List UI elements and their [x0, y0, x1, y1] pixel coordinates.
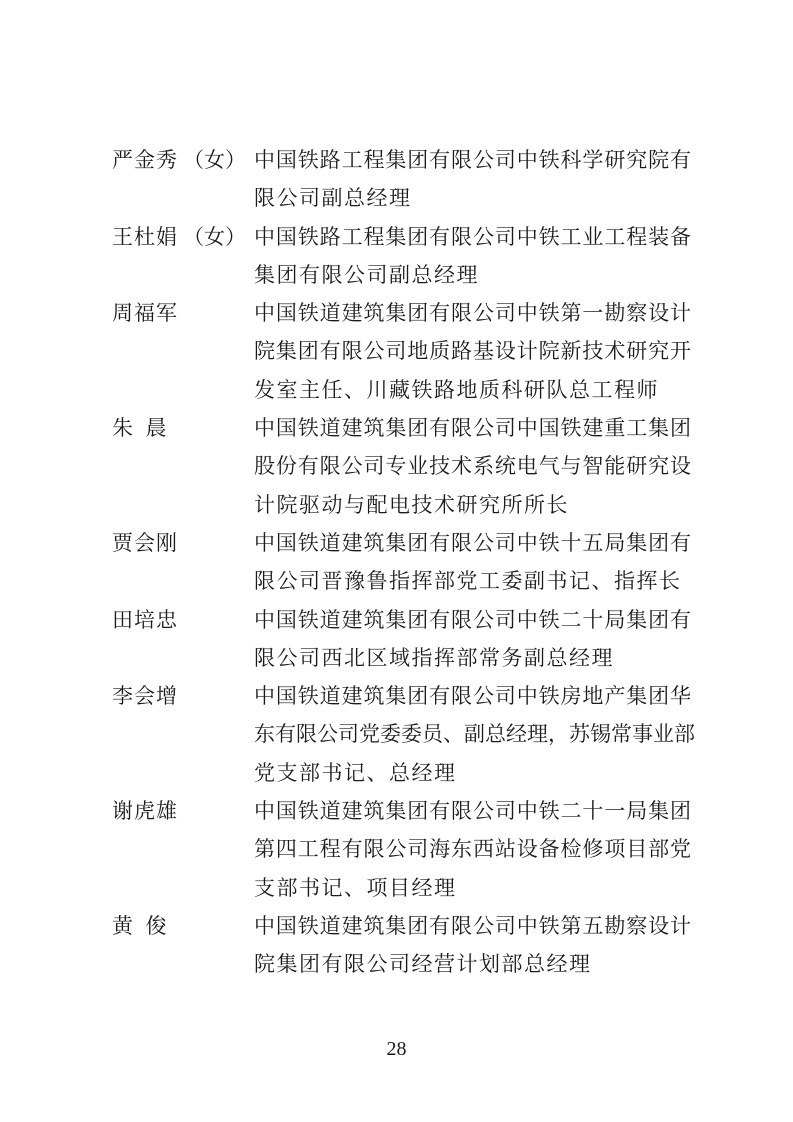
person-name-text: 贾会刚: [112, 531, 178, 555]
title-line: 中国铁道建筑集团有限公司中铁二十局集团有: [254, 601, 691, 639]
gender-note: （女）: [183, 225, 246, 249]
person-name-text: 李会增: [112, 684, 178, 708]
document-page: 严金秀（女） 中国铁路工程集团有限公司中铁科学研究院有限公司副总经理 王杜娟（女…: [0, 0, 793, 1122]
title-line: 中国铁道建筑集团有限公司中铁第五勘察设计: [254, 907, 691, 945]
person-name: 李会增: [112, 677, 254, 715]
roster-entry: 王杜娟（女） 中国铁路工程集团有限公司中铁工业工程装备集团有限公司副总经理: [112, 218, 692, 295]
title-line: 中国铁路工程集团有限公司中铁科学研究院有: [254, 141, 691, 179]
person-name-text: 谢虎雄: [112, 799, 178, 823]
person-title: 中国铁道建筑集团有限公司中铁二十一局集团第四工程有限公司海东西站设备检修项目部党…: [254, 792, 691, 907]
gender-note: （女）: [183, 148, 246, 172]
title-line: 中国铁道建筑集团有限公司中铁第一勘察设计: [254, 294, 691, 332]
person-name-text: 黄 俊: [112, 914, 168, 938]
person-name: 严金秀（女）: [112, 141, 254, 179]
person-name-text: 严金秀: [112, 148, 178, 172]
person-name-text: 朱 晨: [112, 416, 168, 440]
title-line: 限公司西北区域指挥部常务副总经理: [254, 639, 691, 677]
person-title: 中国铁道建筑集团有限公司中铁第五勘察设计院集团有限公司经营计划部总经理: [254, 907, 691, 984]
person-name: 田培忠: [112, 601, 254, 639]
person-name: 朱 晨: [112, 409, 254, 447]
title-line: 股份有限公司专业技术系统电气与智能研究设: [254, 447, 691, 485]
person-name: 黄 俊: [112, 907, 254, 945]
title-line: 东有限公司党委委员、副总经理，苏锡常事业部: [254, 715, 691, 753]
person-name: 周福军: [112, 294, 254, 332]
person-title: 中国铁路工程集团有限公司中铁科学研究院有限公司副总经理: [254, 141, 691, 218]
person-title: 中国铁道建筑集团有限公司中铁二十局集团有限公司西北区域指挥部常务副总经理: [254, 601, 691, 678]
personnel-roster-list: 严金秀（女） 中国铁路工程集团有限公司中铁科学研究院有限公司副总经理 王杜娟（女…: [112, 141, 692, 984]
person-name-text: 王杜娟: [112, 225, 178, 249]
title-line: 限公司晋豫鲁指挥部党工委副书记、指挥长: [254, 562, 691, 600]
title-line: 发室主任、川藏铁路地质科研队总工程师: [254, 371, 691, 409]
person-name: 王杜娟（女）: [112, 218, 254, 256]
title-line: 中国铁道建筑集团有限公司中国铁建重工集团: [254, 409, 691, 447]
person-name-text: 田培忠: [112, 608, 178, 632]
title-line: 院集团有限公司经营计划部总经理: [254, 945, 691, 983]
title-line: 院集团有限公司地质路基设计院新技术研究开: [254, 332, 691, 370]
roster-entry: 严金秀（女） 中国铁路工程集团有限公司中铁科学研究院有限公司副总经理: [112, 141, 692, 218]
title-line: 支部书记、项目经理: [254, 869, 691, 907]
person-name: 谢虎雄: [112, 792, 254, 830]
title-line: 计院驱动与配电技术研究所所长: [254, 486, 691, 524]
roster-entry: 朱 晨 中国铁道建筑集团有限公司中国铁建重工集团股份有限公司专业技术系统电气与智…: [112, 409, 692, 524]
roster-entry: 周福军 中国铁道建筑集团有限公司中铁第一勘察设计院集团有限公司地质路基设计院新技…: [112, 294, 692, 409]
roster-entry: 黄 俊 中国铁道建筑集团有限公司中铁第五勘察设计院集团有限公司经营计划部总经理: [112, 907, 692, 984]
title-line: 中国铁道建筑集团有限公司中铁十五局集团有: [254, 524, 691, 562]
page-number: 28: [0, 1038, 793, 1061]
title-line: 中国铁路工程集团有限公司中铁工业工程装备: [254, 218, 691, 256]
person-title: 中国铁路工程集团有限公司中铁工业工程装备集团有限公司副总经理: [254, 218, 691, 295]
person-title: 中国铁道建筑集团有限公司中国铁建重工集团股份有限公司专业技术系统电气与智能研究设…: [254, 409, 691, 524]
roster-entry: 李会增 中国铁道建筑集团有限公司中铁房地产集团华东有限公司党委委员、副总经理，苏…: [112, 677, 692, 792]
title-line: 集团有限公司副总经理: [254, 256, 691, 294]
title-line: 中国铁道建筑集团有限公司中铁房地产集团华: [254, 677, 691, 715]
roster-entry: 田培忠 中国铁道建筑集团有限公司中铁二十局集团有限公司西北区域指挥部常务副总经理: [112, 601, 692, 678]
person-name: 贾会刚: [112, 524, 254, 562]
person-name-text: 周福军: [112, 301, 178, 325]
title-line: 党支部书记、总经理: [254, 754, 691, 792]
title-line: 中国铁道建筑集团有限公司中铁二十一局集团: [254, 792, 691, 830]
person-title: 中国铁道建筑集团有限公司中铁房地产集团华东有限公司党委委员、副总经理，苏锡常事业…: [254, 677, 691, 792]
person-title: 中国铁道建筑集团有限公司中铁十五局集团有限公司晋豫鲁指挥部党工委副书记、指挥长: [254, 524, 691, 601]
title-line: 限公司副总经理: [254, 179, 691, 217]
roster-entry: 谢虎雄 中国铁道建筑集团有限公司中铁二十一局集团第四工程有限公司海东西站设备检修…: [112, 792, 692, 907]
roster-entry: 贾会刚 中国铁道建筑集团有限公司中铁十五局集团有限公司晋豫鲁指挥部党工委副书记、…: [112, 524, 692, 601]
title-line: 第四工程有限公司海东西站设备检修项目部党: [254, 830, 691, 868]
person-title: 中国铁道建筑集团有限公司中铁第一勘察设计院集团有限公司地质路基设计院新技术研究开…: [254, 294, 691, 409]
